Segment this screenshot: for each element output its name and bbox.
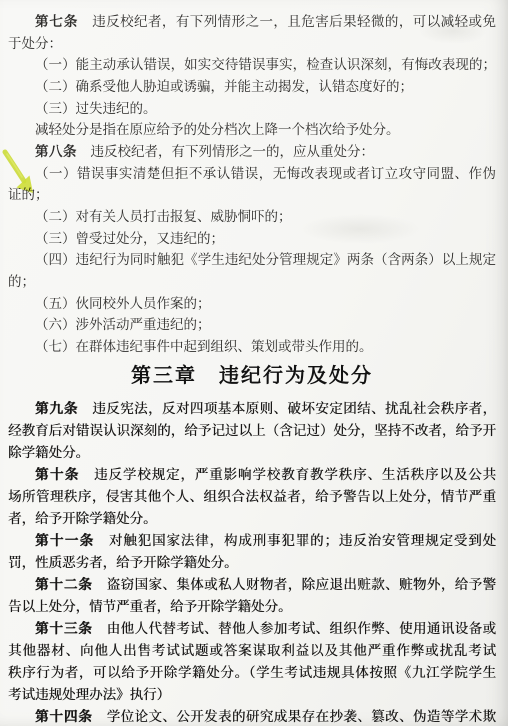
sec1-line-16: （七）在群体违纪事件中起到组织、策划或带头作用的。 <box>8 336 496 358</box>
sec2-line-11: 第十三条 由他人代替考试、替他人参加考试、组织作弊、使用通讯设备或 <box>8 618 496 640</box>
article-number: 第七条 <box>35 14 78 29</box>
sec2-line-14: 考试违规处理办法》执行） <box>8 684 496 706</box>
sec2-line-5: 场所管理秩序，侵害其他个人、组织合法权益者，给予警告以上处分，情节严重 <box>8 486 496 508</box>
sec2-line-8: 罚，性质恶劣者，给予开除学籍处分。 <box>8 552 496 574</box>
article-number: 第十条 <box>35 467 80 482</box>
sec2-line-7: 第十一条 对触犯国家法律，构成刑事犯罪的；违反治安管理规定受到处 <box>8 530 496 552</box>
sec2-line-10: 告以上处分，情节严重者，给予开除学籍处分。 <box>8 596 496 618</box>
sec2-line-4: 第十条 违反学校规定，严重影响学校教育教学秩序、生活秩序以及公共 <box>8 464 496 486</box>
sec1-line-9: 证的； <box>8 184 496 206</box>
article-number: 第十四条 <box>35 709 93 724</box>
article-number: 第十三条 <box>35 621 93 636</box>
sec2-line-3: 除学籍处分。 <box>8 442 496 464</box>
sec2-line-13: 秩序行为者，可以给予开除学籍处分。（学生考试违规具体按照《九江学院学生 <box>8 662 496 684</box>
article-number: 第十一条 <box>35 533 94 548</box>
sec1-line-7: 第八条 违反校纪者，有下列情形之一的，应从重处分： <box>8 141 496 163</box>
document-text-column: 第七条 违反校纪者，有下列情形之一，且危害后果轻微的，可以减轻或免于处分：（一）… <box>8 11 496 726</box>
article-number: 第八条 <box>35 144 77 159</box>
sec2-line-12: 其他器材、向他人出售考试试题或答案谋取利益以及其他严重作弊或扰乱考试 <box>8 640 496 662</box>
sec1-line-15: （六）涉外活动严重违纪的； <box>8 314 496 336</box>
section-articles-9-14: 第九条 违反宪法，反对四项基本原则、破坏安定团结、扰乱社会秩序者，经教育后对错误… <box>8 398 496 726</box>
article-number: 第十二条 <box>35 577 93 592</box>
sec1-line-13: 的； <box>8 271 496 293</box>
sec2-line-15: 第十四条 学位论文、公开发表的研究成果存在抄袭、篡改、伪造等学术欺 <box>8 706 496 726</box>
section-articles-7-8: 第七条 违反校纪者，有下列情形之一，且危害后果轻微的，可以减轻或免于处分：（一）… <box>8 11 496 358</box>
sec1-line-10: （二）对有关人员打击报复、威胁恫吓的； <box>8 206 496 228</box>
sec1-line-8: （一）错误事实清楚但拒不承认错误，无悔改表现或者订立攻守同盟、作伪 <box>8 163 496 185</box>
sec1-line-3: （一）能主动承认错误，如实交待错误事实，检查认识深刻，有悔改表现的； <box>8 54 496 76</box>
sec2-line-1: 第九条 违反宪法，反对四项基本原则、破坏安定团结、扰乱社会秩序者， <box>8 398 496 420</box>
sec1-line-2: 于处分： <box>8 33 496 55</box>
sec1-line-4: （二）确系受他人胁迫或诱骗，并能主动揭发，认错态度好的； <box>8 76 496 98</box>
sec1-line-12: （四）违纪行为同时触犯《学生违纪处分管理规定》两条（含两条）以上规定 <box>8 249 496 271</box>
sec2-line-9: 第十二条 盗窃国家、集体或私人财物者，除应退出赃款、赃物外，给予警 <box>8 574 496 596</box>
sec1-line-6: 减轻处分是指在原应给予的处分档次上降一个档次给予处分。 <box>8 119 496 141</box>
sec2-line-6: 者，给予开除学籍处分。 <box>8 508 496 530</box>
sec1-line-14: （五）伙同校外人员作案的； <box>8 293 496 315</box>
document-page: 第七条 违反校纪者，有下列情形之一，且危害后果轻微的，可以减轻或免于处分：（一）… <box>0 0 508 726</box>
article-number: 第九条 <box>35 401 78 416</box>
sec1-line-1: 第七条 违反校纪者，有下列情形之一，且危害后果轻微的，可以减轻或免 <box>8 11 496 33</box>
sec1-line-5: （三）过失违纪的。 <box>8 98 496 120</box>
sec2-line-2: 经教育后对错误认识深刻的，给予记过以上（含记过）处分，坚持不改者，给予开 <box>8 420 496 442</box>
sec1-line-11: （三）曾受过处分，又违纪的； <box>8 228 496 250</box>
chapter-heading: 第三章 违纪行为及处分 <box>8 363 496 390</box>
